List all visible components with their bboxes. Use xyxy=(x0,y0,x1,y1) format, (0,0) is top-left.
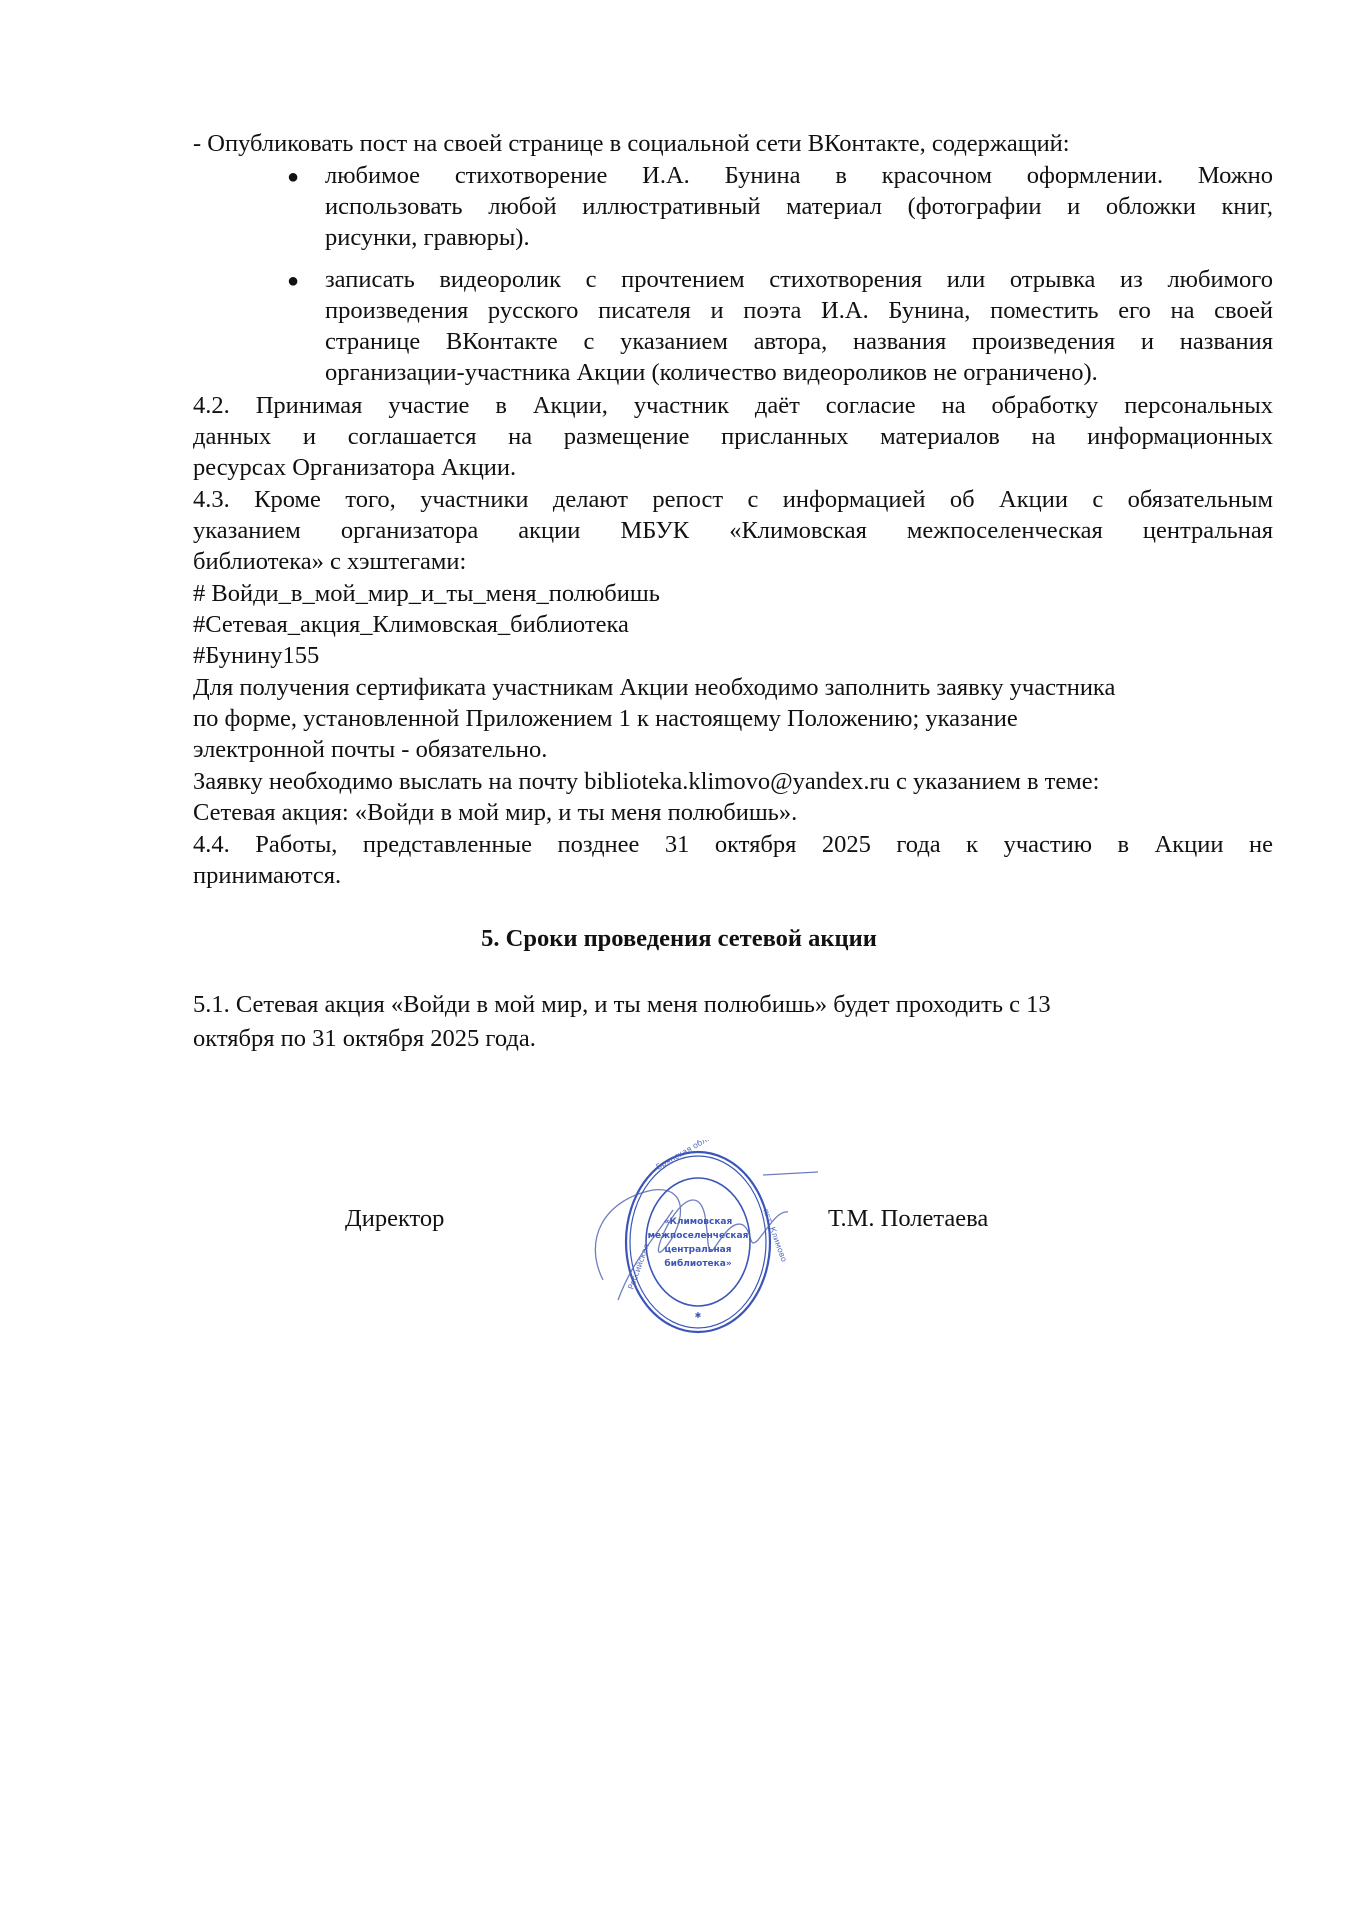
para-4-2-line-2: данных и соглашается на размещение присл… xyxy=(193,421,1273,452)
signature-name: Т.М. Полетаева xyxy=(828,1203,988,1234)
hashtag-3: #Бунину155 xyxy=(193,640,319,671)
bullet-2-line-4: организации-участника Акции (количество … xyxy=(325,357,1098,388)
svg-text:библиотека»: библиотека» xyxy=(664,1258,731,1269)
certificate-line-3: электронной почты - обязательно. xyxy=(193,734,547,765)
bullet-2-line-2: произведения русского писателя и поэта И… xyxy=(325,295,1273,326)
bullet-2-line-1: записать видеоролик с прочтением стихотв… xyxy=(325,264,1273,295)
document-page: - Опубликовать пост на своей странице в … xyxy=(0,0,1358,1920)
email-line-1: Заявку необходимо выслать на почту bibli… xyxy=(193,766,1099,797)
svg-text:центральная: центральная xyxy=(664,1245,731,1255)
section-5-heading: 5. Сроки проведения сетевой акции xyxy=(0,923,1358,954)
certificate-line-1: Для получения сертификата участникам Акц… xyxy=(193,672,1115,703)
para-5-1-line-2: октября по 31 октября 2025 года. xyxy=(193,1023,536,1054)
bullet-1-line-3: рисунки, гравюры). xyxy=(325,222,530,253)
svg-text:«Климовская: «Климовская xyxy=(664,1217,733,1227)
bullet-1-line-1: любимое стихотворение И.А. Бунина в крас… xyxy=(325,160,1273,191)
certificate-line-2: по форме, установленной Приложением 1 к … xyxy=(193,703,1018,734)
bullet-2-line-3: странице ВКонтакте с указанием автора, н… xyxy=(325,326,1273,357)
intro-line: - Опубликовать пост на своей странице в … xyxy=(193,128,1070,159)
hashtag-2: #Сетевая_акция_Климовская_библиотека xyxy=(193,609,629,640)
para-4-2-line-3: ресурсах Организатора Акции. xyxy=(193,452,516,483)
para-4-3-line-1: 4.3. Кроме того, участники делают репост… xyxy=(193,484,1273,515)
hashtag-1: # Войди_в_мой_мир_и_ты_меня_полюбишь xyxy=(193,578,660,609)
para-4-2-line-1: 4.2. Принимая участие в Акции, участник … xyxy=(193,390,1273,421)
para-4-4-line-1: 4.4. Работы, представленные позднее 31 о… xyxy=(193,829,1273,860)
bullet-icon: ● xyxy=(287,162,299,193)
para-4-3-line-2: указанием организатора акции МБУК «Климо… xyxy=(193,515,1273,546)
para-4-3-line-3: библиотека» с хэштегами: xyxy=(193,546,466,577)
official-stamp-icon: «Климовская межпоселенческая центральная… xyxy=(563,1140,823,1340)
signature-role: Директор xyxy=(345,1203,444,1234)
email-line-2: Сетевая акция: «Войди в мой мир, и ты ме… xyxy=(193,797,797,828)
svg-text:✱: ✱ xyxy=(695,1311,702,1320)
bullet-1-line-2: использовать любой иллюстративный матери… xyxy=(325,191,1273,222)
bullet-icon: ● xyxy=(287,266,299,297)
para-4-4-line-2: принимаются. xyxy=(193,860,341,891)
para-5-1-line-1: 5.1. Сетевая акция «Войди в мой мир, и т… xyxy=(193,989,1051,1020)
